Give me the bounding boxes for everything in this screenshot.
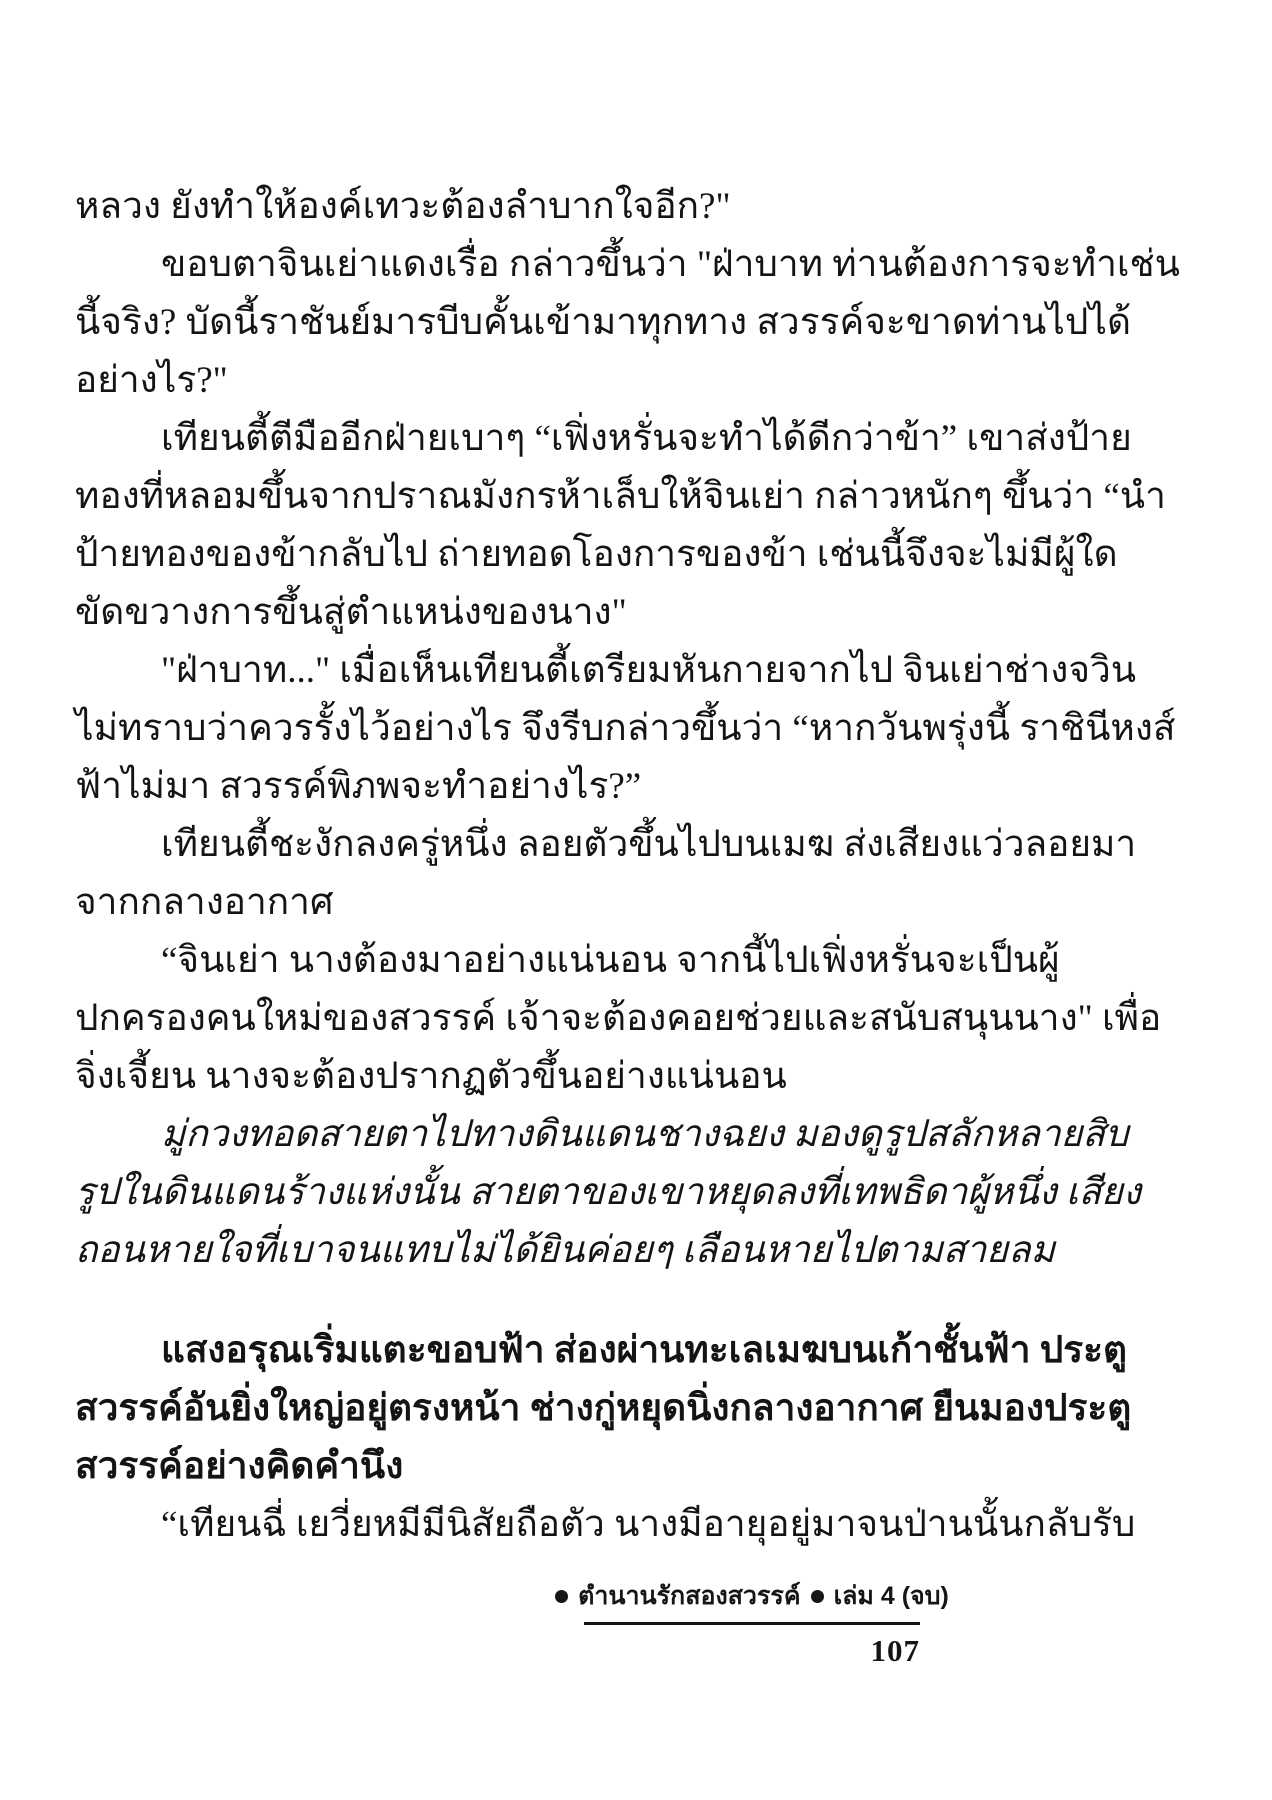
text-line: ทองที่หลอมขึ้นจากปราณมังกรห้าเล็บให้จินเ… [75, 468, 1197, 526]
book-page: หลวง ยังทำให้องค์เทวะต้องลำบากใจอีก?"ขอบ… [0, 0, 1272, 1800]
text-line: เทียนตี้ตีมืออีกฝ่ายเบาๆ “เฟิ่งหรั่นจะทำ… [75, 410, 1197, 468]
paragraph: เทียนตี้ชะงักลงครู่หนึ่ง ลอยตัวขึ้นไปบนเ… [75, 816, 1197, 932]
text-line: “เทียนฉี่ เยวี่ยหมีมีนิสัยถือตัว นางมีอา… [75, 1496, 1197, 1554]
paragraph: หลวง ยังทำให้องค์เทวะต้องลำบากใจอีก?" [75, 178, 1197, 236]
volume-label: เล่ม 4 (จบ) [834, 1576, 949, 1616]
text-line: สวรรค์อันยิ่งใหญ่อยู่ตรงหน้า ช่างกู่หยุด… [75, 1380, 1197, 1438]
paragraph: เทียนตี้ตีมืออีกฝ่ายเบาๆ “เฟิ่งหรั่นจะทำ… [75, 410, 1197, 642]
text-line: ถอนหายใจที่เบาจนแทบไม่ได้ยินค่อยๆ เลือนห… [75, 1222, 1197, 1280]
text-line: เทียนตี้ชะงักลงครู่หนึ่ง ลอยตัวขึ้นไปบนเ… [75, 816, 1197, 874]
text-line: สวรรค์อย่างคิดคำนึง [75, 1438, 1197, 1496]
paragraph: แสงอรุณเริ่มแตะขอบฟ้า ส่องผ่านทะเลเมฆบนเ… [75, 1322, 1197, 1496]
paragraph: “เทียนฉี่ เยวี่ยหมีมีนิสัยถือตัว นางมีอา… [75, 1496, 1197, 1554]
text-line: มู่กวงทอดสายตาไปทางดินแดนชางฉยง มองดูรูป… [75, 1106, 1197, 1164]
text-line: รูปในดินแดนร้างแห่งนั้น สายตาของเขาหยุดล… [75, 1164, 1197, 1222]
footer-rule [584, 1622, 920, 1625]
series-title: ตำนานรักสองสวรรค์ [578, 1576, 800, 1616]
text-line: ขอบตาจินเย่าแดงเรื่อ กล่าวขึ้นว่า "ฝ่าบา… [75, 236, 1197, 294]
paragraph: "ฝ่าบาท..." เมื่อเห็นเทียนตี้เตรียมหันกา… [75, 642, 1197, 816]
text-line: ฟ้าไม่มา สวรรค์พิภพจะทำอย่างไร?” [75, 758, 1197, 816]
text-line: "ฝ่าบาท..." เมื่อเห็นเทียนตี้เตรียมหันกา… [75, 642, 1197, 700]
text-line: แสงอรุณเริ่มแตะขอบฟ้า ส่องผ่านทะเลเมฆบนเ… [75, 1322, 1197, 1380]
text-line: “จินเย่า นางต้องมาอย่างแน่นอน จากนี้ไปเฟ… [75, 932, 1197, 990]
paragraph: ขอบตาจินเย่าแดงเรื่อ กล่าวขึ้นว่า "ฝ่าบา… [75, 236, 1197, 410]
text-line: จากกลางอากาศ [75, 874, 1197, 932]
text-line: ไม่ทราบว่าควรรั้งไว้อย่างไร จึงรีบกล่าวข… [75, 700, 1197, 758]
text-line: อย่างไร?" [75, 352, 1197, 410]
page-footer: ตำนานรักสองสวรรค์ เล่ม 4 (จบ) 107 [584, 1576, 920, 1669]
page-body: หลวง ยังทำให้องค์เทวะต้องลำบากใจอีก?"ขอบ… [75, 178, 1197, 1554]
bullet-icon [811, 1590, 824, 1603]
paragraph: มู่กวงทอดสายตาไปทางดินแดนชางฉยง มองดูรูป… [75, 1106, 1197, 1280]
text-line: ปกครองคนใหม่ของสวรรค์ เจ้าจะต้องคอยช่วยแ… [75, 990, 1197, 1048]
text-line: ขัดขวางการขึ้นสู่ตำแหน่งของนาง" [75, 584, 1197, 642]
text-line: หลวง ยังทำให้องค์เทวะต้องลำบากใจอีก?" [75, 178, 1197, 236]
text-line: ป้ายทองของข้ากลับไป ถ่ายทอดโองการของข้า … [75, 526, 1197, 584]
paragraph: “จินเย่า นางต้องมาอย่างแน่นอน จากนี้ไปเฟ… [75, 932, 1197, 1106]
bullet-icon [555, 1590, 568, 1603]
page-number: 107 [584, 1633, 920, 1669]
running-footer: ตำนานรักสองสวรรค์ เล่ม 4 (จบ) [584, 1576, 920, 1616]
text-line: นี้จริง? บัดนี้ราชันย์มารบีบคั้นเข้ามาทุ… [75, 294, 1197, 352]
text-line: จิ่งเจี้ยน นางจะต้องปรากฏตัวขึ้นอย่างแน่… [75, 1048, 1197, 1106]
